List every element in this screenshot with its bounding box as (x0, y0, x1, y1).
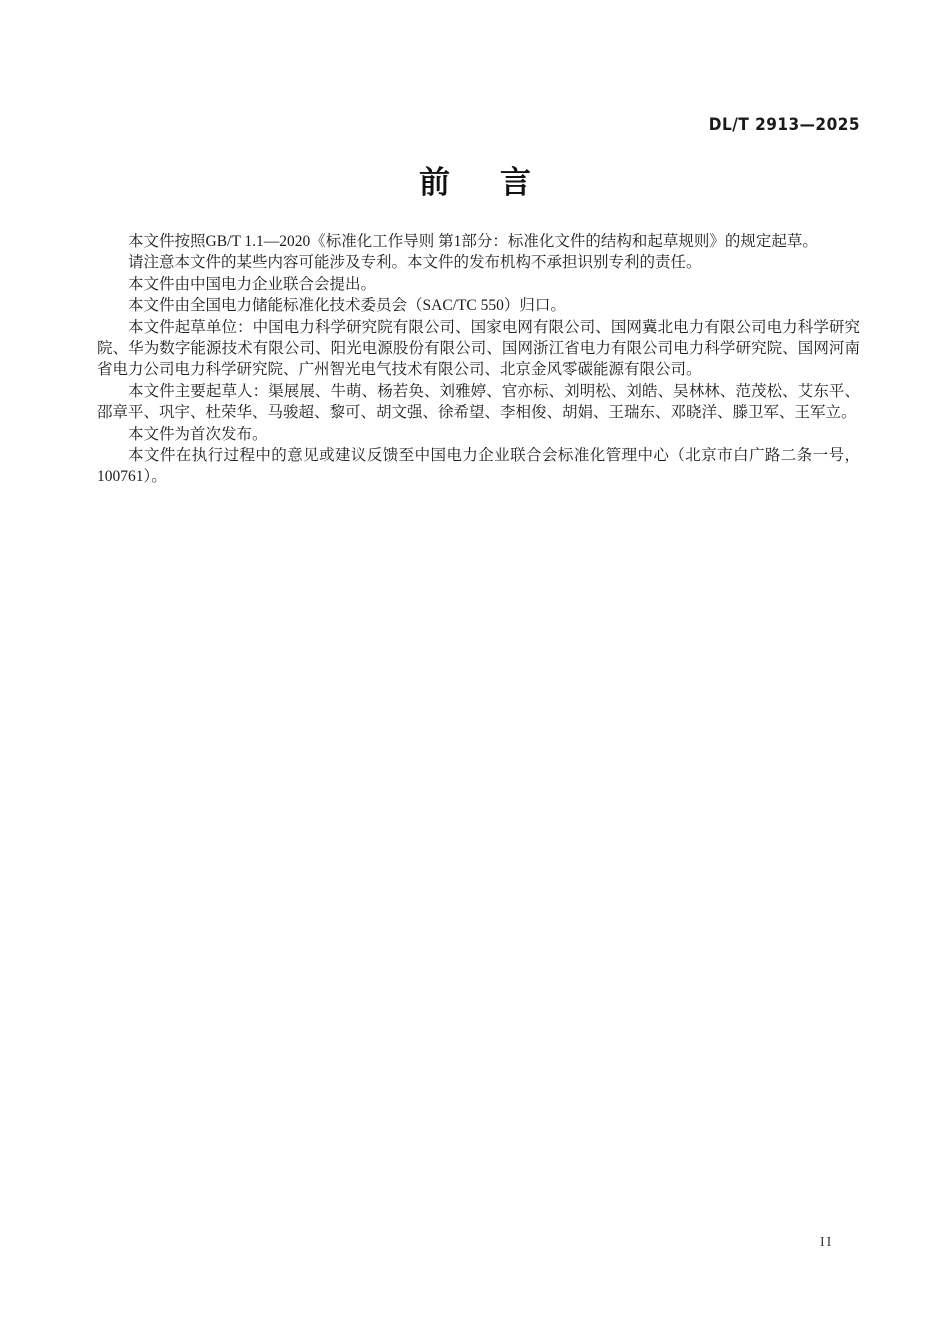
page-number: II (820, 1235, 833, 1251)
paragraph-first-publication: 本文件为首次发布。 (97, 424, 860, 445)
paragraph-drafting-organizations: 本文件起草单位：中国电力科学研究院有限公司、国家电网有限公司、国网冀北电力有限公… (97, 317, 860, 381)
foreword-body: 本文件按照GB/T 1.1—2020《标准化工作导则 第1部分：标准化文件的结构… (97, 231, 860, 488)
paragraph-committee: 本文件由全国电力储能标准化技术委员会（SAC/TC 550）归口。 (97, 295, 860, 316)
paragraph-patent-notice: 请注意本文件的某些内容可能涉及专利。本文件的发布机构不承担识别专利的责任。 (97, 252, 860, 273)
paragraph-proposer: 本文件由中国电力企业联合会提出。 (97, 274, 860, 295)
paragraph-drafting-basis: 本文件按照GB/T 1.1—2020《标准化工作导则 第1部分：标准化文件的结构… (97, 231, 860, 252)
foreword-title-char-1: 前 (419, 166, 450, 200)
paragraph-main-drafters: 本文件主要起草人：渠展展、牛萌、杨若奂、刘雅婷、官亦标、刘明松、刘皓、吴林林、范… (97, 381, 860, 424)
foreword-title: 前 言 (0, 166, 950, 200)
standard-code-header: DL/T 2913—2025 (709, 115, 860, 135)
document-page: DL/T 2913—2025 前 言 本文件按照GB/T 1.1—2020《标准… (0, 0, 950, 1343)
paragraph-feedback-address: 本文件在执行过程中的意见或建议反馈至中国电力企业联合会标准化管理中心（北京市白广… (97, 445, 860, 488)
foreword-title-char-2: 言 (500, 166, 531, 200)
